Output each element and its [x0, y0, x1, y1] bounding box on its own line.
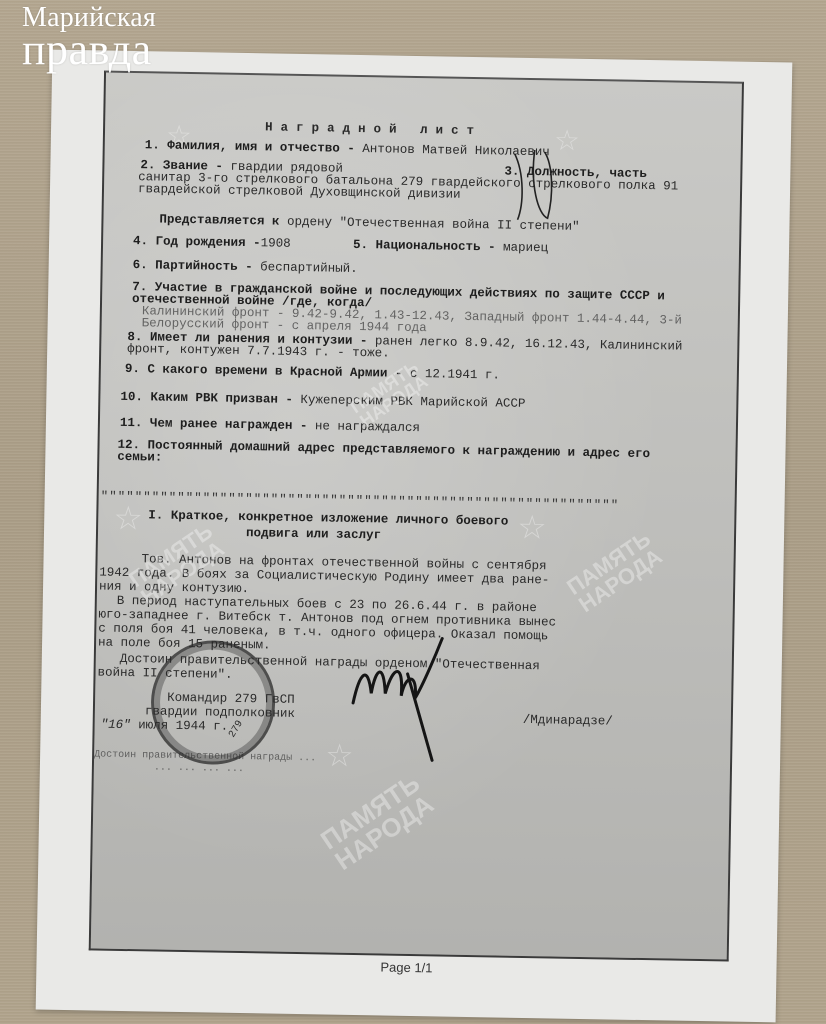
masthead-line-2: правда — [22, 28, 156, 72]
field-11-label: 11. Чем ранее награжден - — [120, 416, 308, 433]
pamyat-naroda-watermark: ПАМЯТЬ НАРОДА — [317, 770, 438, 874]
field-10-label: 10. Каким РВК призван - — [120, 390, 293, 407]
nomination-label: Представляется к — [159, 213, 279, 229]
printed-sheet: ☆ ☆ ☆ ☆ ☆ Наградной лист 1. Фамилия, имя… — [36, 50, 793, 1023]
handwritten-signature — [344, 633, 466, 765]
date-day: "16" — [101, 718, 131, 733]
field-4-label: 4. Год рождения - — [133, 234, 261, 250]
field-6-label: 6. Партийность - — [133, 258, 253, 274]
signer-name: /Мдинарадзе/ — [523, 714, 613, 728]
field-5-label: 5. Национальность - — [353, 238, 496, 254]
field-5-value: мариец — [503, 241, 548, 256]
top-signature-mark — [503, 144, 574, 225]
pamyat-naroda-watermark: ПАМЯТЬ НАРОДА — [564, 528, 666, 616]
stamp-text: 279 — [227, 719, 246, 740]
section-title-line-2: подвига или заслуг — [246, 527, 381, 542]
faint-footer-line-2: ... ... ... ... — [154, 763, 244, 775]
field-12-label: 12. Постоянный домашний адрес представля… — [117, 439, 697, 473]
document-title: Наградной лист — [265, 121, 482, 137]
field-4-value: 1908 — [260, 236, 290, 251]
scanned-award-document: ☆ ☆ ☆ ☆ ☆ Наградной лист 1. Фамилия, имя… — [89, 71, 744, 962]
field-9-label: 9. С какого времени в Красной Армии - — [125, 362, 403, 381]
newspaper-masthead: Марийская правда — [22, 0, 156, 72]
field-6-value: беспартийный. — [260, 260, 358, 276]
official-stamp: 279 — [150, 639, 276, 765]
